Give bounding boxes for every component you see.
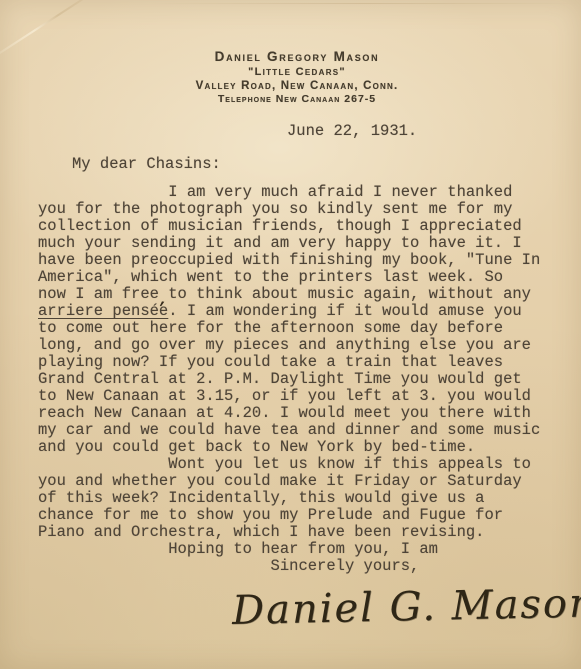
letter-line: America", which went to the printers las… bbox=[38, 269, 540, 286]
typed-text: Piano and Orchestra, which I have been r… bbox=[38, 523, 484, 541]
letter-line: Wont you let us know if this appeals to bbox=[38, 456, 540, 473]
letterhead-house-name: "Little Cedars" bbox=[14, 66, 580, 78]
typed-text: Sincerely yours, bbox=[38, 557, 419, 575]
letter-line: you and whether you could make it Friday… bbox=[38, 473, 540, 490]
letterhead-address: Valley Road, New Canaan, Conn. bbox=[14, 80, 580, 92]
letter-line: you for the photograph you so kindly sen… bbox=[38, 201, 540, 218]
letter-line: chance for me to show you my Prelude and… bbox=[38, 507, 540, 524]
typed-text: Hoping to hear from you, I am bbox=[38, 540, 438, 558]
typed-text: now I am free bbox=[38, 285, 159, 303]
typed-text: chance for me to show you my Prelude and… bbox=[38, 506, 503, 524]
typed-text: collection of musician friends, though I… bbox=[38, 217, 522, 235]
typed-text: Wont you let us know if this appeals to bbox=[38, 455, 531, 473]
typed-text: reach New Canaan at 4.20. I would meet y… bbox=[38, 404, 531, 422]
letter-line: playing now? If you could take a train t… bbox=[38, 354, 540, 371]
typed-text: to New Canaan at 3.15, or if you left at… bbox=[38, 387, 531, 405]
letter-line: my car and we could have tea and dinner … bbox=[38, 422, 540, 439]
letter-line: Sincerely yours, bbox=[38, 558, 540, 575]
typed-text: I am very much afraid I never thanked bbox=[38, 183, 512, 201]
letter-date: June 22, 1931. bbox=[287, 122, 417, 140]
signature: Daniel G. Mason. bbox=[232, 580, 581, 634]
letter-line: and you could get back to New York by be… bbox=[38, 439, 540, 456]
letter-line: reach New Canaan at 4.20. I would meet y… bbox=[38, 405, 540, 422]
typed-text: my car and we could have tea and dinner … bbox=[38, 421, 540, 439]
letter-line: to come out here for the afternoon some … bbox=[38, 320, 540, 337]
typed-text: to think about music again, without any bbox=[159, 285, 531, 303]
typed-text: you and whether you could make it Friday… bbox=[38, 472, 522, 490]
typed-text: you for the photograph you so kindly sen… bbox=[38, 200, 512, 218]
paper-top-fold bbox=[150, 3, 580, 4]
letter-line: Piano and Orchestra, which I have been r… bbox=[38, 524, 540, 541]
typed-text: playing now? If you could take a train t… bbox=[38, 353, 503, 371]
letter-line: of this week? Incidentally, this would g… bbox=[38, 490, 540, 507]
typed-text: America", which went to the printers las… bbox=[38, 268, 503, 286]
letterhead: Daniel Gregory Mason "Little Cedars" Val… bbox=[14, 49, 580, 105]
letter-line: I am very much afraid I never thanked bbox=[38, 184, 540, 201]
letter-line: Hoping to hear from you, I am bbox=[38, 541, 540, 558]
letter-line: much your sending it and am very happy t… bbox=[38, 235, 540, 252]
letter-line: now I am free, to think about music agai… bbox=[38, 286, 540, 303]
typed-text: to come out here for the afternoon some … bbox=[38, 319, 503, 337]
typed-text: much your sending it and am very happy t… bbox=[38, 234, 522, 252]
letter-line: to New Canaan at 3.15, or if you left at… bbox=[38, 388, 540, 405]
typed-text: . I am wondering if it would amuse you bbox=[168, 302, 521, 320]
typed-text: and you could get back to New York by be… bbox=[38, 438, 475, 456]
typed-text: Grand Central at 2. P.M. Daylight Time y… bbox=[38, 370, 522, 388]
salutation: My dear Chasins: bbox=[72, 155, 221, 173]
letter-line: Grand Central at 2. P.M. Daylight Time y… bbox=[38, 371, 540, 388]
typed-text: long, and go over my pieces and anything… bbox=[38, 336, 531, 354]
underlined-phrase: arriere pensée bbox=[38, 302, 168, 320]
typed-text: of this week? Incidentally, this would g… bbox=[38, 489, 484, 507]
letter-line: collection of musician friends, though I… bbox=[38, 218, 540, 235]
letter-line: have been preoccupied with finishing my … bbox=[38, 252, 540, 269]
letter-body: I am very much afraid I never thankedyou… bbox=[38, 184, 540, 575]
typed-text: have been preoccupied with finishing my … bbox=[38, 251, 540, 269]
letter-line: long, and go over my pieces and anything… bbox=[38, 337, 540, 354]
letter-line: arriere pensée. I am wondering if it wou… bbox=[38, 303, 540, 320]
letterhead-name: Daniel Gregory Mason bbox=[14, 49, 580, 64]
letterhead-telephone: Telephone New Canaan 267-5 bbox=[14, 93, 580, 105]
scanned-letter: Daniel Gregory Mason "Little Cedars" Val… bbox=[0, 0, 581, 669]
